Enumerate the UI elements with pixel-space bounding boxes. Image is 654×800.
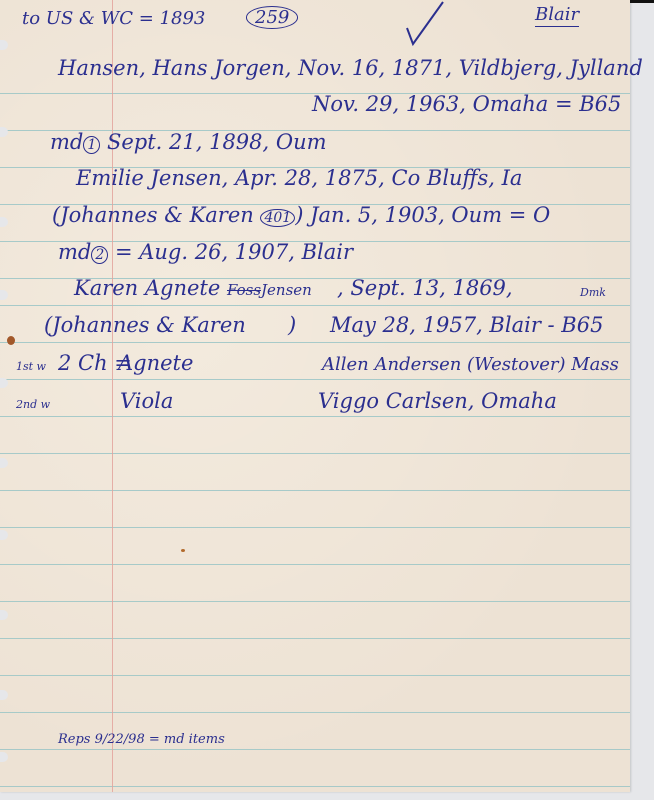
child-name: Agnete (118, 351, 193, 375)
marriage-details: Sept. 21, 1898, Oum (107, 130, 327, 154)
ruled-line (0, 379, 630, 380)
marriage-2-line: md2 = Aug. 26, 1907, Blair (58, 240, 353, 264)
child-spouse: Allen Andersen (Westover) Mass (322, 354, 619, 375)
ruled-line (0, 416, 630, 417)
ruled-line (0, 564, 630, 565)
binder-hole (0, 530, 8, 540)
header-left-note: to US & WC = 1893 (22, 8, 205, 29)
binder-hole (0, 217, 8, 227)
checkmark-icon (405, 0, 445, 46)
binder-hole (0, 127, 8, 137)
spouse-1-line: Emilie Jensen, Apr. 28, 1875, Co Bluffs,… (76, 166, 522, 190)
ruled-line (0, 786, 630, 787)
paren-close: ) (288, 313, 296, 337)
ruled-line (0, 305, 630, 306)
parents-ref-number: 401 (260, 209, 295, 227)
header-right-note: Blair (535, 4, 579, 27)
child-spouse: Viggo Carlsen, Omaha (318, 389, 557, 413)
spouse-2-name: Karen Agnete (74, 276, 220, 300)
spouse-1-parents-line: (Johannes & Karen 401) Jan. 5, 1903, Oum… (52, 203, 550, 227)
marriage-label: md (50, 130, 83, 154)
marriage-details: = Aug. 26, 1907, Blair (115, 240, 353, 264)
ruled-line (0, 601, 630, 602)
child-name: Viola (120, 389, 173, 413)
spouse-1-parents: (Johannes & Karen (52, 203, 254, 227)
binder-hole (0, 610, 8, 620)
ruled-line (0, 342, 630, 343)
primary-name-line: Hansen, Hans Jorgen, Nov. 16, 1871, Vild… (58, 56, 643, 80)
paren-close: ) (295, 203, 303, 227)
ruled-line (0, 490, 630, 491)
binder-hole (0, 378, 8, 388)
binder-hole (0, 458, 8, 468)
marriage-label: md (58, 240, 91, 264)
ruled-line (0, 675, 630, 676)
ruled-line (0, 638, 630, 639)
binder-hole (0, 752, 8, 762)
marriage-1-line: md1 Sept. 21, 1898, Oum (50, 130, 327, 154)
ruled-line (0, 712, 630, 713)
paper-speck (181, 549, 185, 552)
binder-hole (0, 290, 8, 300)
ruled-line (0, 749, 630, 750)
spouse-2-birth: , Sept. 13, 1869, (337, 276, 513, 300)
binder-hole (0, 690, 8, 700)
notebook-page: to US & WC = 1893 259 Blair Hansen, Hans… (0, 0, 630, 792)
footer-note: Reps 9/22/98 = md items (58, 732, 225, 747)
margin-line (112, 0, 113, 792)
spouse-2-parents: (Johannes & Karen (44, 313, 246, 337)
binder-hole (0, 40, 8, 50)
primary-death-line: Nov. 29, 1963, Omaha = B65 (312, 92, 621, 116)
spouse-1-death: Jan. 5, 1903, Oum = O (310, 203, 550, 227)
marriage-number: 2 (91, 246, 108, 264)
child-marker: 2nd w (16, 398, 50, 411)
ruled-line (0, 453, 630, 454)
marriage-number: 1 (83, 136, 100, 154)
struck-text: Foss (227, 281, 261, 299)
ruled-line (0, 527, 630, 528)
rust-stain (7, 336, 15, 345)
page-number: 259 (246, 6, 298, 29)
spouse-2-surname: Jensen (261, 281, 312, 299)
child-marker: 1st w (16, 360, 46, 373)
spouse-2-death: May 28, 1957, Blair - B65 (330, 313, 603, 337)
spouse-2-line: Karen Agnete FossJensen (74, 276, 312, 300)
scan-edge (630, 0, 654, 3)
birth-place-note: Dmk (580, 286, 606, 299)
